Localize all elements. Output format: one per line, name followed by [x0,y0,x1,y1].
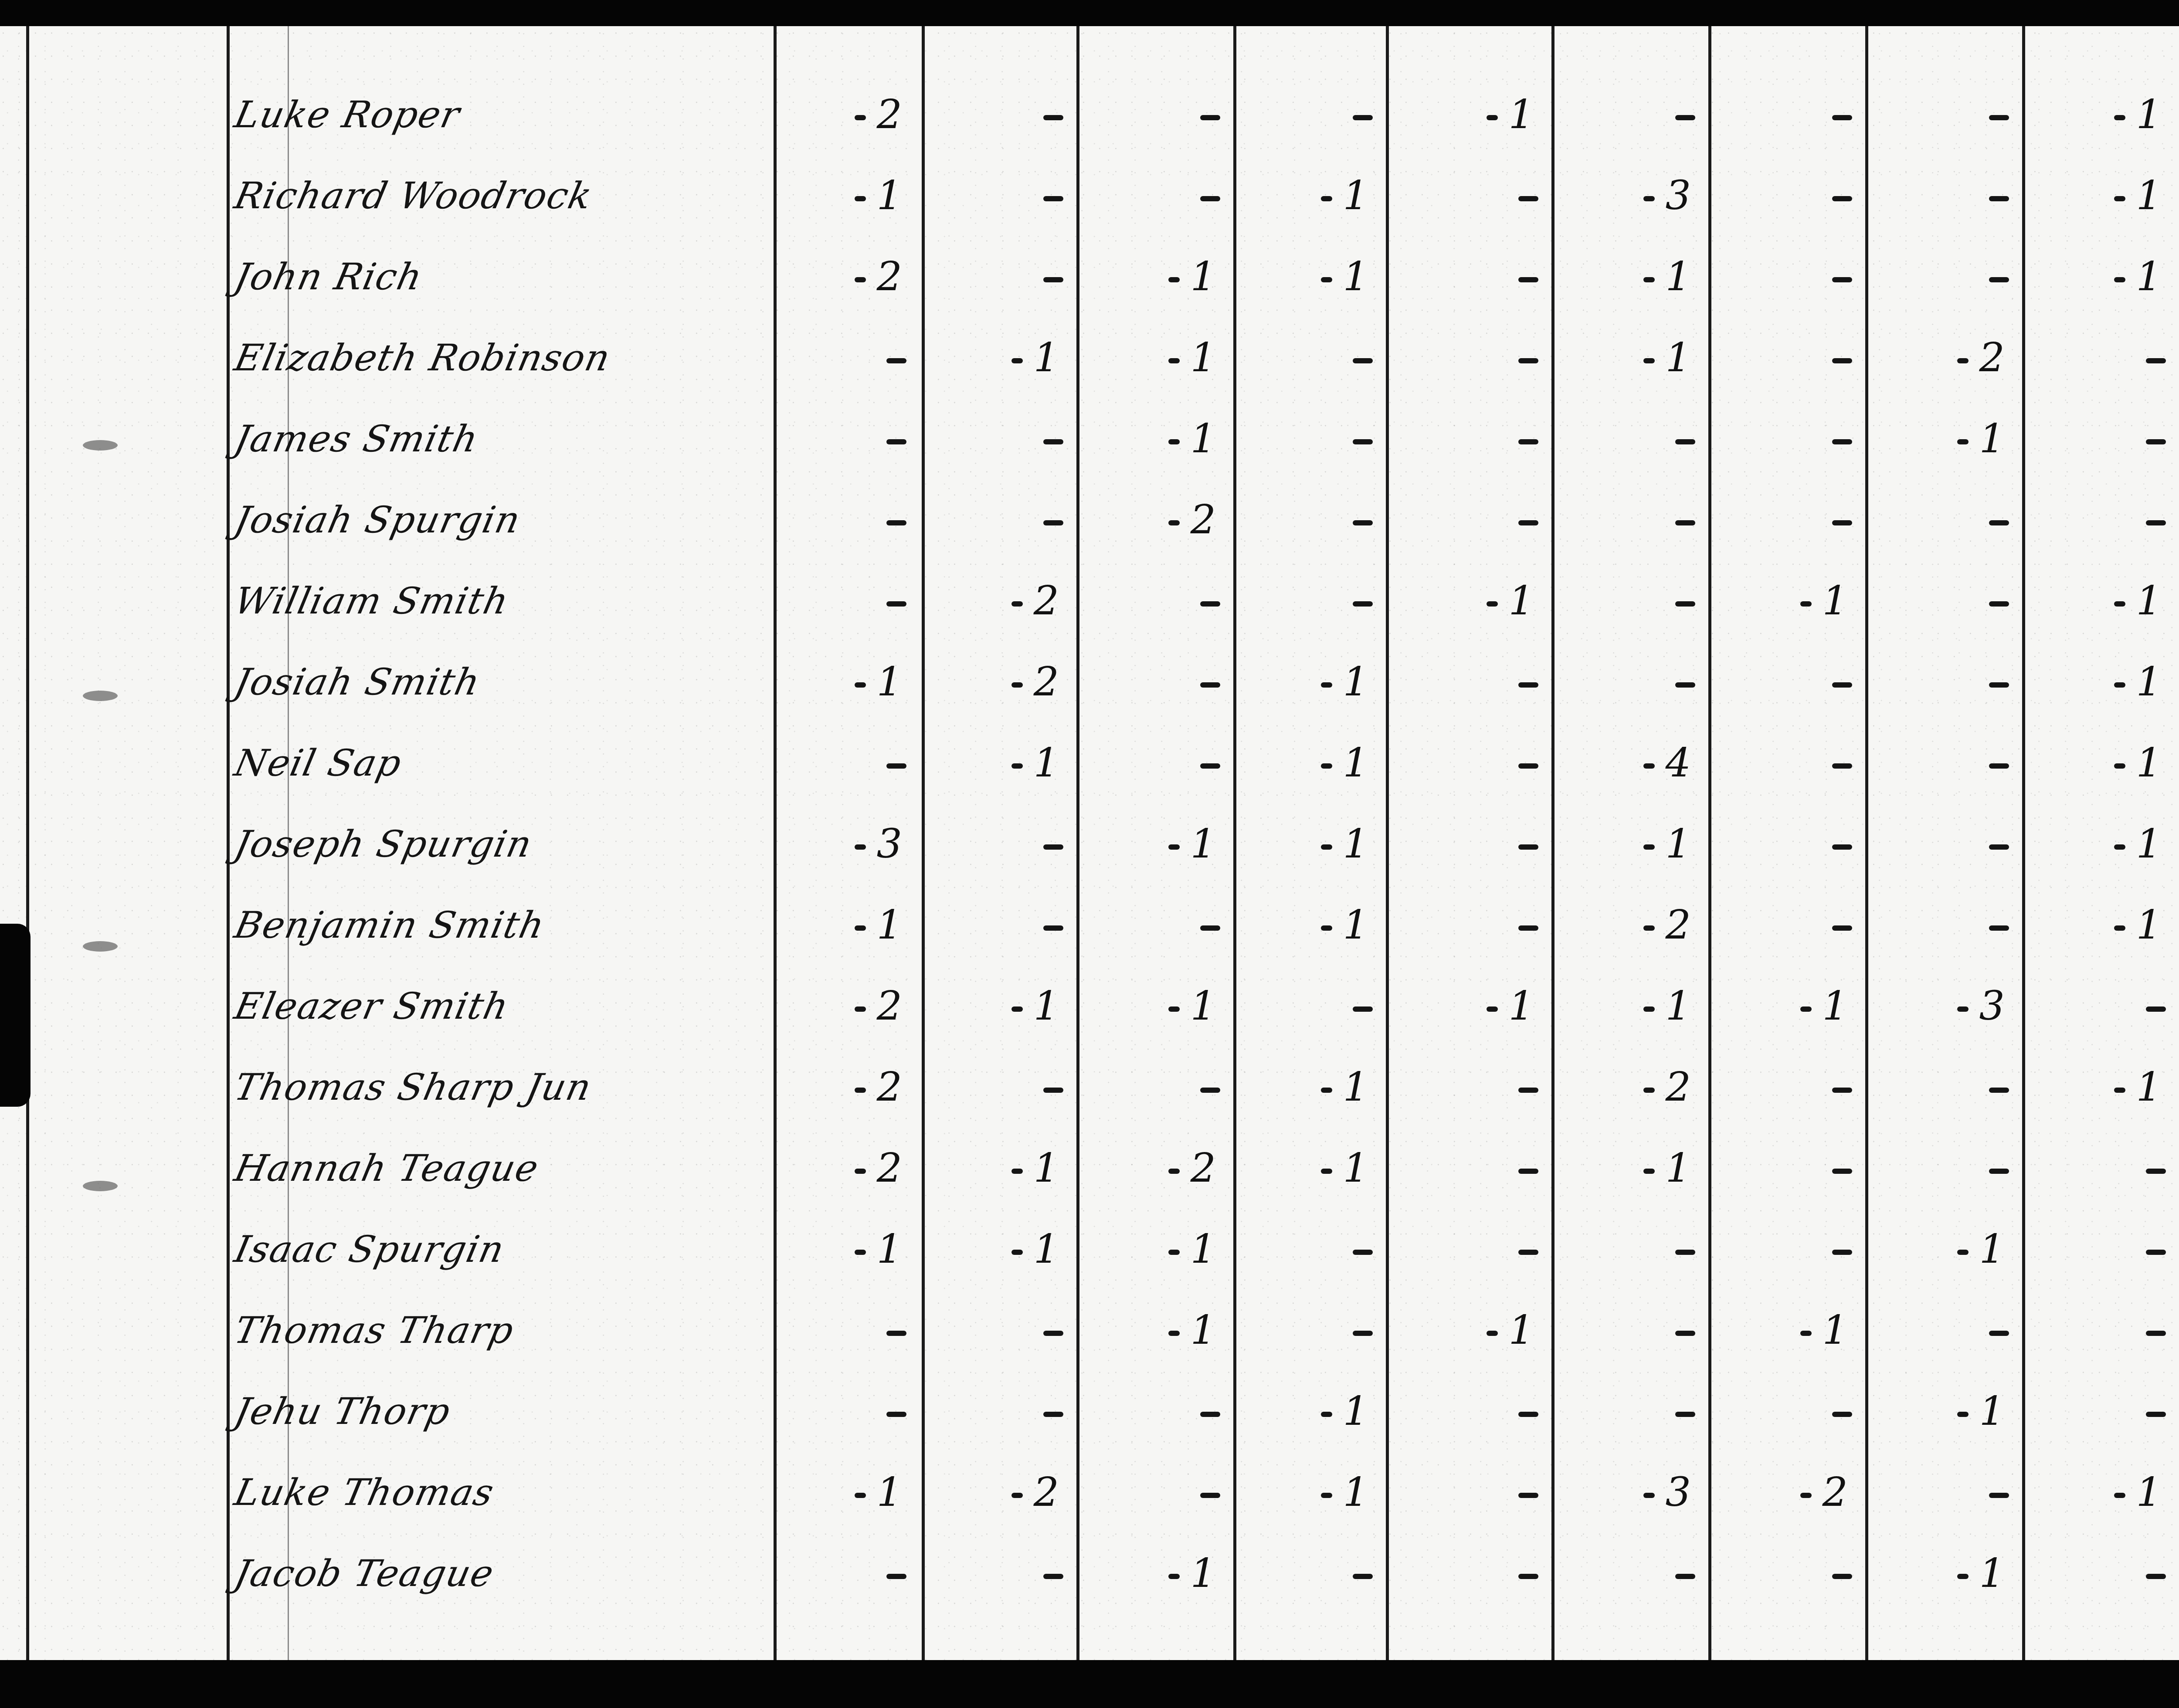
tally-value: 1 [2136,577,2162,624]
tally-cell [1421,236,1551,317]
dash-mark-icon [2114,844,2125,850]
dash-mark-icon [1989,520,2009,525]
tally-cell [1103,1047,1233,1128]
tally-cell [1421,479,1551,560]
dash-mark-icon [1518,520,1538,525]
tally-cell [1578,479,1708,560]
tally-cell [1578,641,1708,722]
tally-value: 1 [1508,1307,1534,1353]
dash-mark-icon [855,1493,866,1498]
dash-mark-icon [1200,763,1220,769]
dash-mark-icon [886,1331,906,1336]
tally-cell: 3 [1578,155,1708,236]
dash-mark-icon [1675,520,1695,525]
tally-cell: 4 [1578,722,1708,803]
resident-name: Neil Sap [227,722,780,803]
ruled-line [922,26,925,1660]
tally-cell: 3 [1891,966,2022,1047]
tally-cell: 1 [1578,236,1708,317]
tally-cell [1734,1533,1865,1614]
dash-mark-icon [1989,763,2009,769]
dash-mark-icon [1200,925,1220,931]
tally-cell [2048,317,2179,398]
tally-cell: 1 [1255,236,1386,317]
tally-cell [946,884,1076,966]
tally-cell [946,1533,1076,1614]
tally-value: 2 [1979,334,2005,381]
tally-cell [1891,1452,2022,1533]
dash-mark-icon [2114,601,2125,607]
tally-cell [1578,398,1708,479]
tally-cell [1891,641,2022,722]
tally-cell: 2 [789,1128,920,1209]
tally-cell: 1 [2048,641,2179,722]
tally-cell [1734,722,1865,803]
tally-value: 1 [1343,739,1368,786]
tally-cell [1255,317,1386,398]
tally-cell [1891,1290,2022,1371]
dash-mark-icon [1832,196,1852,201]
dash-mark-icon [1518,1250,1538,1255]
tally-cell [1891,803,2022,884]
tally-value: 1 [1979,415,2005,462]
dash-mark-icon [1832,115,1852,120]
tally-cell: 1 [1421,966,1551,1047]
dash-mark-icon [1011,1006,1023,1012]
dash-mark-icon [1989,1169,2009,1174]
dash-mark-icon [1200,115,1220,120]
dash-mark-icon [1675,682,1695,688]
tally-cell: 2 [789,74,920,155]
dash-mark-icon [1989,1493,2009,1498]
ruled-line [774,26,777,1660]
dash-mark-icon [1989,1088,2009,1093]
dash-mark-icon [1321,1169,1332,1174]
tally-value: 1 [1822,1307,1848,1353]
tally-value: 1 [2136,1469,2162,1515]
dash-mark-icon [1832,844,1852,850]
dash-mark-icon [1353,601,1373,607]
dash-mark-icon [1675,439,1695,444]
tally-value: 1 [1508,577,1534,624]
tally-cell: 1 [1103,966,1233,1047]
tally-cell [1891,155,2022,236]
tally-cell [946,398,1076,479]
dash-mark-icon [1800,1493,1812,1498]
tally-cell: 1 [1421,74,1551,155]
binding-hole-icon [83,691,118,701]
name-column: Luke RoperRichard WoodrockJohn RichEliza… [235,74,771,1614]
tally-cell: 1 [1103,317,1233,398]
dash-mark-icon [1200,1088,1220,1093]
tally-value: 2 [1033,658,1059,705]
tally-cell: 1 [1578,1128,1708,1209]
dash-mark-icon [1321,1088,1332,1093]
tally-cell: 2 [789,1047,920,1128]
dash-mark-icon [2146,1331,2166,1336]
tally-value: 1 [1033,334,1059,381]
dash-mark-icon [1168,1250,1180,1255]
resident-name: Richard Woodrock [227,155,780,236]
tally-cell [1421,398,1551,479]
tally-value: 2 [876,1145,902,1191]
tally-cell [1421,317,1551,398]
dash-mark-icon [1487,1331,1498,1336]
tally-cell: 1 [1255,1128,1386,1209]
dash-mark-icon [855,1169,866,1174]
tally-cell: 2 [1578,1047,1708,1128]
dash-mark-icon [1043,1412,1063,1417]
dash-mark-icon [1321,1412,1332,1417]
scan-frame-bottom [0,1660,2179,1708]
dash-mark-icon [1011,1250,1023,1255]
dash-mark-icon [1643,358,1655,363]
tally-value: 1 [1343,658,1368,705]
dash-mark-icon [1518,439,1538,444]
tally-cell: 1 [1255,1371,1386,1452]
dash-mark-icon [1200,682,1220,688]
dash-mark-icon [1675,1250,1695,1255]
ruled-line [1076,26,1079,1660]
tally-value: 1 [876,1226,902,1272]
tally-value: 1 [1190,334,1216,381]
dash-mark-icon [1043,520,1063,525]
dash-mark-icon [1353,115,1373,120]
tally-cell [1891,722,2022,803]
tally-cell [1103,155,1233,236]
dash-mark-icon [1989,844,2009,850]
tally-cell: 1 [946,1209,1076,1290]
resident-name: Hannah Teague [227,1128,780,1209]
tally-cell [1103,722,1233,803]
dash-mark-icon [886,1412,906,1417]
tally-cell [2048,1371,2179,1452]
tally-cell [1421,1128,1551,1209]
dash-mark-icon [2114,925,2125,931]
dash-mark-icon [1957,439,1969,444]
dash-mark-icon [1643,196,1655,201]
binding-tab [0,924,31,1107]
dash-mark-icon [1518,1169,1538,1174]
tally-cell: 3 [789,803,920,884]
tally-value: 2 [1822,1469,1848,1515]
tally-cell [1578,1371,1708,1452]
dash-mark-icon [2146,358,2166,363]
tally-cell: 3 [1578,1452,1708,1533]
dash-mark-icon [1518,1493,1538,1498]
tally-cell [1255,398,1386,479]
tally-value: 2 [1033,577,1059,624]
dash-mark-icon [1043,115,1063,120]
dash-mark-icon [1168,1331,1180,1336]
tally-cell: 1 [1891,398,2022,479]
dash-mark-icon [1643,925,1655,931]
tally-cell [1578,74,1708,155]
tally-value: 1 [1665,983,1691,1029]
resident-name: Jehu Thorp [227,1371,780,1452]
dash-mark-icon [1643,763,1655,769]
tally-value: 1 [2136,820,2162,867]
resident-name: Jacob Teague [227,1533,780,1614]
tally-value: 1 [1665,253,1691,300]
dash-mark-icon [1832,1412,1852,1417]
dash-mark-icon [1643,277,1655,282]
resident-name: Josiah Spurgin [227,479,780,560]
dash-mark-icon [2146,1412,2166,1417]
tally-cell [1734,236,1865,317]
dash-mark-icon [1168,439,1180,444]
dash-mark-icon [1675,1574,1695,1579]
dash-mark-icon [2114,682,2125,688]
tally-cell [946,479,1076,560]
tally-value: 1 [1343,1388,1368,1434]
dash-mark-icon [1011,682,1023,688]
dash-mark-icon [1518,1574,1538,1579]
dash-mark-icon [1487,115,1498,120]
dash-mark-icon [1832,358,1852,363]
dash-mark-icon [1800,1006,1812,1012]
tally-value: 1 [1665,820,1691,867]
dash-mark-icon [1487,601,1498,607]
tally-value: 1 [1343,253,1368,300]
dash-mark-icon [1957,1250,1969,1255]
dash-mark-icon [1643,1169,1655,1174]
dash-mark-icon [1011,358,1023,363]
dash-mark-icon [1043,277,1063,282]
tally-cell: 1 [1255,722,1386,803]
tally-cell [1421,722,1551,803]
ruled-line [26,26,29,1660]
dash-mark-icon [1043,844,1063,850]
dash-mark-icon [1321,925,1332,931]
tally-value: 1 [1033,1145,1059,1191]
dash-mark-icon [886,358,906,363]
tally-cell: 1 [946,1128,1076,1209]
dash-mark-icon [1043,196,1063,201]
tally-value: 1 [1033,1226,1059,1272]
resident-name: Luke Roper [227,74,780,155]
tally-value: 3 [1665,1469,1691,1515]
tally-value: 1 [1822,577,1848,624]
dash-mark-icon [1675,115,1695,120]
tally-cell [1103,641,1233,722]
tally-cell: 2 [1578,884,1708,966]
tally-cell [1103,560,1233,641]
tally-cell [789,1533,920,1614]
tally-cell: 1 [946,722,1076,803]
dash-mark-icon [1353,1006,1373,1012]
dash-mark-icon [2146,1250,2166,1255]
tally-cell: 1 [1421,1290,1551,1371]
tally-cell [789,479,920,560]
resident-name: William Smith [227,560,780,641]
tally-cell [1255,1290,1386,1371]
ruled-line [1233,26,1236,1660]
tally-cell [1255,479,1386,560]
resident-name: Benjamin Smith [227,884,780,966]
dash-mark-icon [2114,277,2125,282]
tally-cell: 1 [1255,884,1386,966]
tally-value: 1 [1508,983,1534,1029]
resident-name: Luke Thomas [227,1452,780,1533]
tally-cell: 1 [789,884,920,966]
dash-mark-icon [1643,1006,1655,1012]
tally-cell: 2 [789,236,920,317]
tally-cell: 1 [789,641,920,722]
tally-cell [1891,479,2022,560]
tally-cell [1421,1209,1551,1290]
tally-cell: 1 [946,317,1076,398]
dash-mark-icon [2114,115,2125,120]
tally-cell [1255,74,1386,155]
dash-mark-icon [1989,1331,2009,1336]
dash-mark-icon [1832,1169,1852,1174]
dash-mark-icon [1353,1331,1373,1336]
tally-cell [1891,74,2022,155]
dash-mark-icon [1043,439,1063,444]
dash-mark-icon [1011,1493,1023,1498]
dash-mark-icon [1832,1250,1852,1255]
tally-cell [2048,1128,2179,1209]
dash-mark-icon [1989,601,2009,607]
dash-mark-icon [1518,196,1538,201]
tally-cell: 1 [1734,560,1865,641]
dash-mark-icon [886,520,906,525]
tally-value: 1 [876,658,902,705]
dash-mark-icon [855,196,866,201]
census-page: Luke RoperRichard WoodrockJohn RichEliza… [0,26,2179,1660]
dash-mark-icon [855,1088,866,1093]
tally-value: 1 [1665,1145,1691,1191]
tally-cell: 1 [2048,1047,2179,1128]
tally-cell [1421,155,1551,236]
dash-mark-icon [2146,1169,2166,1174]
tally-value: 3 [876,820,902,867]
tally-value: 1 [1508,91,1534,138]
tally-cell [1891,884,2022,966]
dash-mark-icon [1800,601,1812,607]
dash-mark-icon [1675,601,1695,607]
tally-value: 1 [1665,334,1691,381]
dash-mark-icon [1643,1088,1655,1093]
tally-value: 4 [1665,739,1691,786]
tally-cell [1103,884,1233,966]
tally-value: 1 [2136,901,2162,948]
dash-mark-icon [2146,520,2166,525]
tally-cell [1734,884,1865,966]
tally-cell: 1 [1578,966,1708,1047]
tally-cell: 1 [1891,1209,2022,1290]
dash-mark-icon [1518,763,1538,769]
dash-mark-icon [1989,196,2009,201]
tally-cell [2048,1290,2179,1371]
tally-cell [1891,236,2022,317]
tally-cell: 1 [1891,1533,2022,1614]
dash-mark-icon [2114,196,2125,201]
resident-name: Isaac Spurgin [227,1209,780,1290]
resident-name: Josiah Smith [227,641,780,722]
ruled-line [227,26,230,1660]
tally-cell [1734,155,1865,236]
tally-cell: 1 [789,1452,920,1533]
tally-cell: 2 [1103,479,1233,560]
tally-cell: 1 [2048,74,2179,155]
dash-mark-icon [1353,439,1373,444]
tally-cell [789,560,920,641]
dash-mark-icon [1321,196,1332,201]
tally-value: 2 [1033,1469,1059,1515]
tally-cell [946,155,1076,236]
dash-mark-icon [1200,196,1220,201]
dash-mark-icon [1168,1006,1180,1012]
tally-value: 1 [1190,1550,1216,1596]
dash-mark-icon [855,1250,866,1255]
dash-mark-icon [1168,1574,1180,1579]
tally-cell: 2 [1103,1128,1233,1209]
tally-value: 1 [1822,983,1848,1029]
dash-mark-icon [1200,601,1220,607]
tally-cell [2048,966,2179,1047]
dash-mark-icon [886,763,906,769]
tally-cell [1255,560,1386,641]
tally-cell [946,1290,1076,1371]
tally-value: 1 [1343,1064,1368,1110]
tally-value: 1 [2136,1064,2162,1110]
tally-value: 3 [1979,983,2005,1029]
dash-mark-icon [886,601,906,607]
dash-mark-icon [1321,763,1332,769]
tally-cell [2048,1533,2179,1614]
dash-mark-icon [1989,925,2009,931]
tally-cell [1734,317,1865,398]
dash-mark-icon [1989,115,2009,120]
dash-mark-icon [1832,1088,1852,1093]
dash-mark-icon [1353,1574,1373,1579]
tally-cell: 1 [2048,560,2179,641]
tally-cell [789,398,920,479]
tally-cell: 1 [1103,1533,1233,1614]
dash-mark-icon [2146,1006,2166,1012]
tally-cell [1421,1047,1551,1128]
tally-cell [1421,1452,1551,1533]
tally-cell: 1 [1578,803,1708,884]
tally-cell: 1 [1734,1290,1865,1371]
dash-mark-icon [1043,925,1063,931]
tally-cell [1578,1290,1708,1371]
dash-mark-icon [1011,601,1023,607]
tally-cell [1578,1533,1708,1614]
tally-cell [1421,1371,1551,1452]
tally-value: 1 [1190,1307,1216,1353]
resident-name: Joseph Spurgin [227,803,780,884]
ruled-line [1865,26,1868,1660]
tally-value: 1 [1343,1145,1368,1191]
tally-cell [1734,641,1865,722]
tally-value: 1 [876,901,902,948]
dash-mark-icon [1043,1574,1063,1579]
tally-value: 2 [876,1064,902,1110]
tally-cell: 1 [2048,803,2179,884]
tally-cell [1255,1533,1386,1614]
dash-mark-icon [1011,763,1023,769]
dash-mark-icon [886,439,906,444]
dash-mark-icon [2114,1088,2125,1093]
dash-mark-icon [1643,1493,1655,1498]
tally-cell: 1 [1103,398,1233,479]
dash-mark-icon [1518,277,1538,282]
tally-cell [789,722,920,803]
tally-cell: 2 [1891,317,2022,398]
